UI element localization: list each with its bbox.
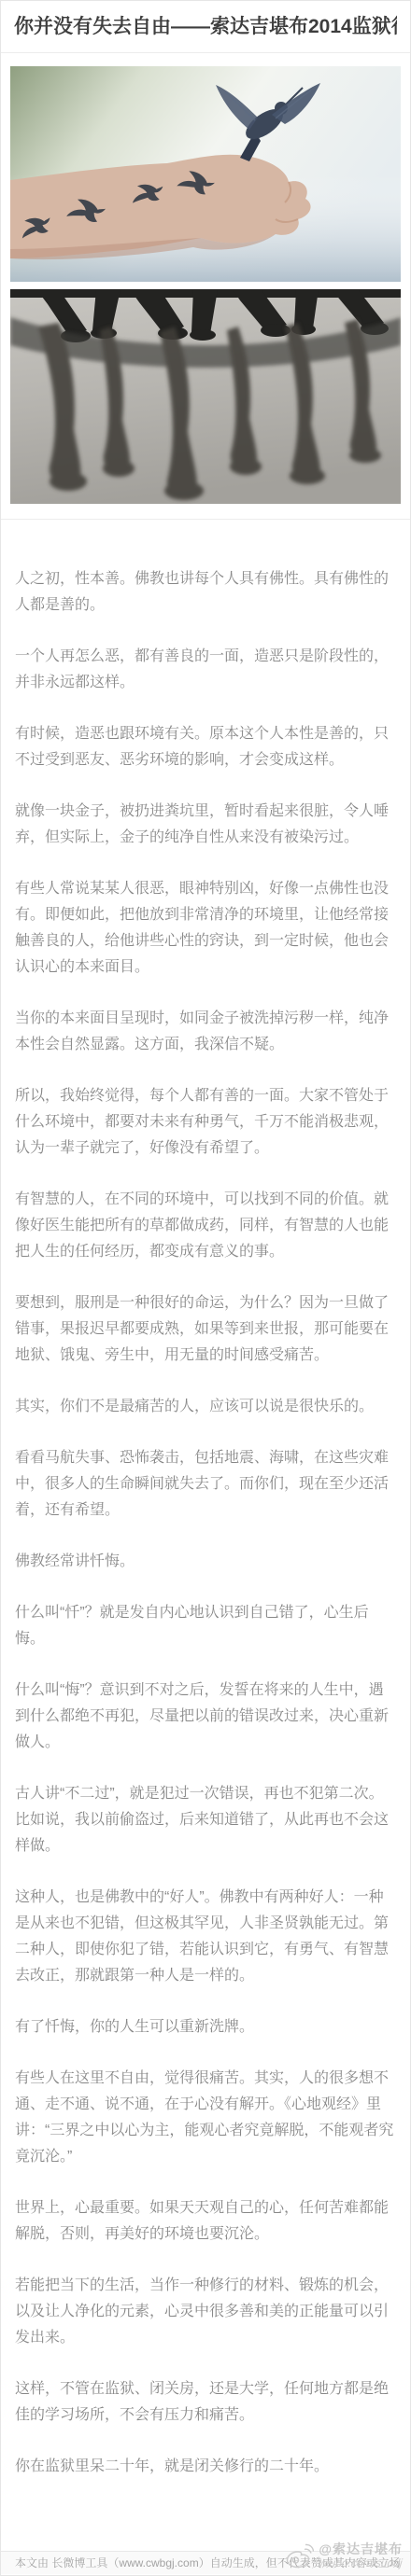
- paragraph: 看看马航失事、恐怖袭击，包括地震、海啸，在这些灾难中，很多人的生命瞬间就失去了。…: [15, 1445, 396, 1524]
- paragraph: 有智慧的人，在不同的环境中，可以找到不同的价值。就像好医生能把所有的草都做成药，…: [15, 1187, 396, 1265]
- paragraph: 这样，不管在监狱、闭关房，还是大学，任何地方都是绝佳的学习场所，不会有压力和痛苦…: [15, 2376, 396, 2429]
- paragraph: 若能把当下的生活，当作一种修行的材料、锻炼的机会，以及让人净化的元素，心灵中很多…: [15, 2273, 396, 2351]
- paragraph: 有了忏悔，你的人生可以重新洗牌。: [15, 2014, 396, 2040]
- paragraph: 就像一块金子，被扔进粪坑里，暂时看起来很脏，令人唾弃，但实际上，金子的纯净自性从…: [15, 799, 396, 851]
- paragraph: 什么叫“悔”？意识到不对之后，发誓在将来的人生中，遇到什么都绝不再犯，尽量把以前…: [15, 1678, 396, 1756]
- page-title: 你并没有失去自由——索达吉堪布2014监狱行: [14, 15, 397, 39]
- paragraph: 什么叫“忏”？就是发自内心地认识到自己错了，心生后悔。: [15, 1600, 396, 1652]
- footer-bar: 本文由 长微博工具（www.cwbgj.com）自动生成，但不代表赞成其内容或立…: [1, 2551, 410, 2574]
- paragraph: 这种人，也是佛教中的“好人”。佛教中有两种好人：一种是从来也不犯错，但这极其罕见…: [15, 1885, 396, 1989]
- marching-shadows-illustration: [10, 289, 401, 504]
- paragraph: 所以，我始终觉得，每个人都有善的一面。大家不管处于什么环境中，都要对未来有种勇气…: [15, 1083, 396, 1162]
- article-body: 人之初，性本善。佛教也讲每个人具有佛性。具有佛性的人都是善的。一个人再怎么恶，都…: [1, 520, 410, 2551]
- paragraph: 其实，你们不是最痛苦的人，应该可以说是很快乐的。: [15, 1394, 396, 1420]
- long-weibo-card: 你并没有失去自由——索达吉堪布2014监狱行: [0, 0, 411, 2576]
- paragraph: 你在监狱里呆二十年，就是闭关修行的二十年。: [15, 2454, 396, 2480]
- paragraph: 有些人常说某某人很恶，眼神特别凶，好像一点佛性也没有。即便如此，把他放到非常清净…: [15, 876, 396, 981]
- freedom-bird-illustration: [10, 66, 401, 282]
- paragraph: 当你的本来面目呈现时，如同金子被洗掉污秽一样，纯净本性会自然显露。这方面，我深信…: [15, 1006, 396, 1058]
- bird-released-from-tattooed-arm-photo: [10, 66, 401, 282]
- paragraph: 有时候，造恶也跟环境有关。原本这个人本性是善的，只不过受到恶友、恶劣环境的影响，…: [15, 721, 396, 773]
- paragraph: 古人讲“不二过”，就是犯过一次错误，再也不犯第二次。比如说，我以前偷盗过，后来知…: [15, 1781, 396, 1859]
- paragraph: 人之初，性本善。佛教也讲每个人具有佛性。具有佛性的人都是善的。: [15, 566, 396, 619]
- paragraph: 世界上，心最重要。如果天天观自己的心，任何苦难都能解脱，否则，再美好的环境也要沉…: [15, 2195, 396, 2248]
- paragraph: 要想到，服刑是一种很好的命运，为什么？因为一旦做了错事，果报迟早都要成熟，如果等…: [15, 1290, 396, 1369]
- paragraph: 佛教经常讲忏悔。: [15, 1549, 396, 1575]
- paragraph: 有些人在这里不自由，觉得很痛苦。其实，人的很多想不通、走不通、说不通，在于心没有…: [15, 2066, 396, 2170]
- photo-section: [1, 53, 410, 520]
- paragraph: 一个人再怎么恶，都有善良的一面，造恶只是阶段性的，并非永远都这样。: [15, 644, 396, 696]
- generator-note: 本文由 长微博工具（www.cwbgj.com）自动生成，但不代表赞成其内容或立…: [15, 2556, 401, 2569]
- shadows-of-marching-people-photo: [10, 289, 401, 504]
- header: 你并没有失去自由——索达吉堪布2014监狱行: [1, 1, 410, 53]
